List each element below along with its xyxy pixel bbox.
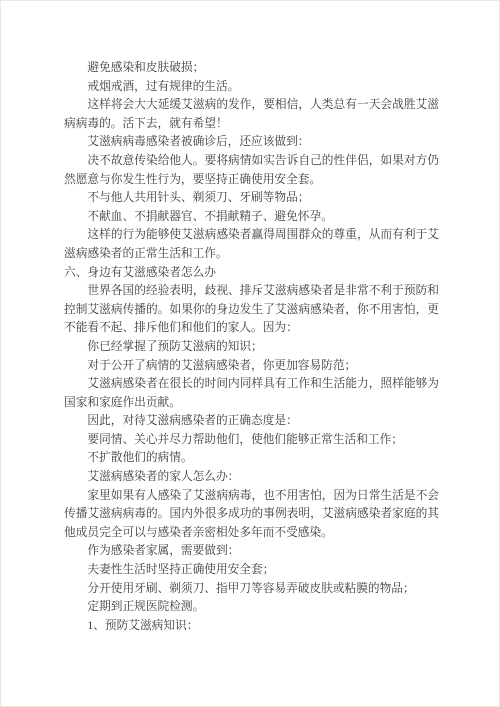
paragraph: 这样的行为能够使艾滋病感染者赢得周围群众的尊重，从而有利于艾滋病感染者的正常生活…	[64, 226, 439, 263]
paragraph: 要同情、关心并尽力帮助他们，使他们能够正常生活和工作；	[64, 431, 439, 450]
paragraph: 对于公开了病情的艾滋病感染者，你更加容易防范；	[64, 357, 439, 376]
paragraph: 作为感染者家属，需要做到：	[64, 542, 439, 561]
paragraph: 1、预防艾滋病知识：	[64, 617, 439, 636]
paragraph: 艾滋病病毒感染者被确诊后，还应该做到：	[64, 133, 439, 152]
paragraph: 因此，对待艾滋病感染者的正确态度是：	[64, 412, 439, 431]
paragraph: 不献血、不捐献器官、不捐献精子、避免怀孕。	[64, 208, 439, 227]
paragraph: 定期到正规医院检测。	[64, 598, 439, 617]
paragraph: 不扩散他们的病情。	[64, 449, 439, 468]
section-heading: 六、身边有艾滋感染者怎么办	[64, 264, 439, 283]
document-text-block: 避免感染和皮肤破损；戒烟戒酒，过有规律的生活。这样将会大大延缓艾滋病的发作，要相…	[64, 59, 439, 635]
paragraph: 家里如果有人感染了艾滋病病毒，也不用害怕，因为日常生活是不会传播艾滋病病毒的。国…	[64, 487, 439, 543]
paragraph: 分开使用牙刷、剃须刀、指甲刀等容易弄破皮肤或粘膜的物品；	[64, 580, 439, 599]
paragraph: 夫妻性生活时坚持正确使用安全套；	[64, 561, 439, 580]
paragraph: 避免感染和皮肤破损；	[64, 59, 439, 78]
paragraph: 艾滋病感染者在很长的时间内同样具有工作和生活能力，照样能够为国家和家庭作出贡献。	[64, 375, 439, 412]
paragraph: 这样将会大大延缓艾滋病的发作，要相信，人类总有一天会战胜艾滋病病毒的。活下去，就…	[64, 96, 439, 133]
paragraph: 不与他人共用针头、剃须刀、牙刷等物品；	[64, 189, 439, 208]
document-page: 避免感染和皮肤破损；戒烟戒酒，过有规律的生活。这样将会大大延缓艾滋病的发作，要相…	[0, 0, 500, 707]
paragraph: 决不故意传染给他人。要将病情如实告诉自己的性伴侣，如果对方仍然愿意与你发生性行为…	[64, 152, 439, 189]
paragraph: 你已经掌握了预防艾滋病的知识；	[64, 338, 439, 357]
paragraph: 戒烟戒酒，过有规律的生活。	[64, 78, 439, 97]
paragraph: 艾滋病感染者的家人怎么办：	[64, 468, 439, 487]
paragraph: 世界各国的经验表明，歧视、排斥艾滋病感染者是非常不利于预防和控制艾滋病传播的。如…	[64, 282, 439, 338]
